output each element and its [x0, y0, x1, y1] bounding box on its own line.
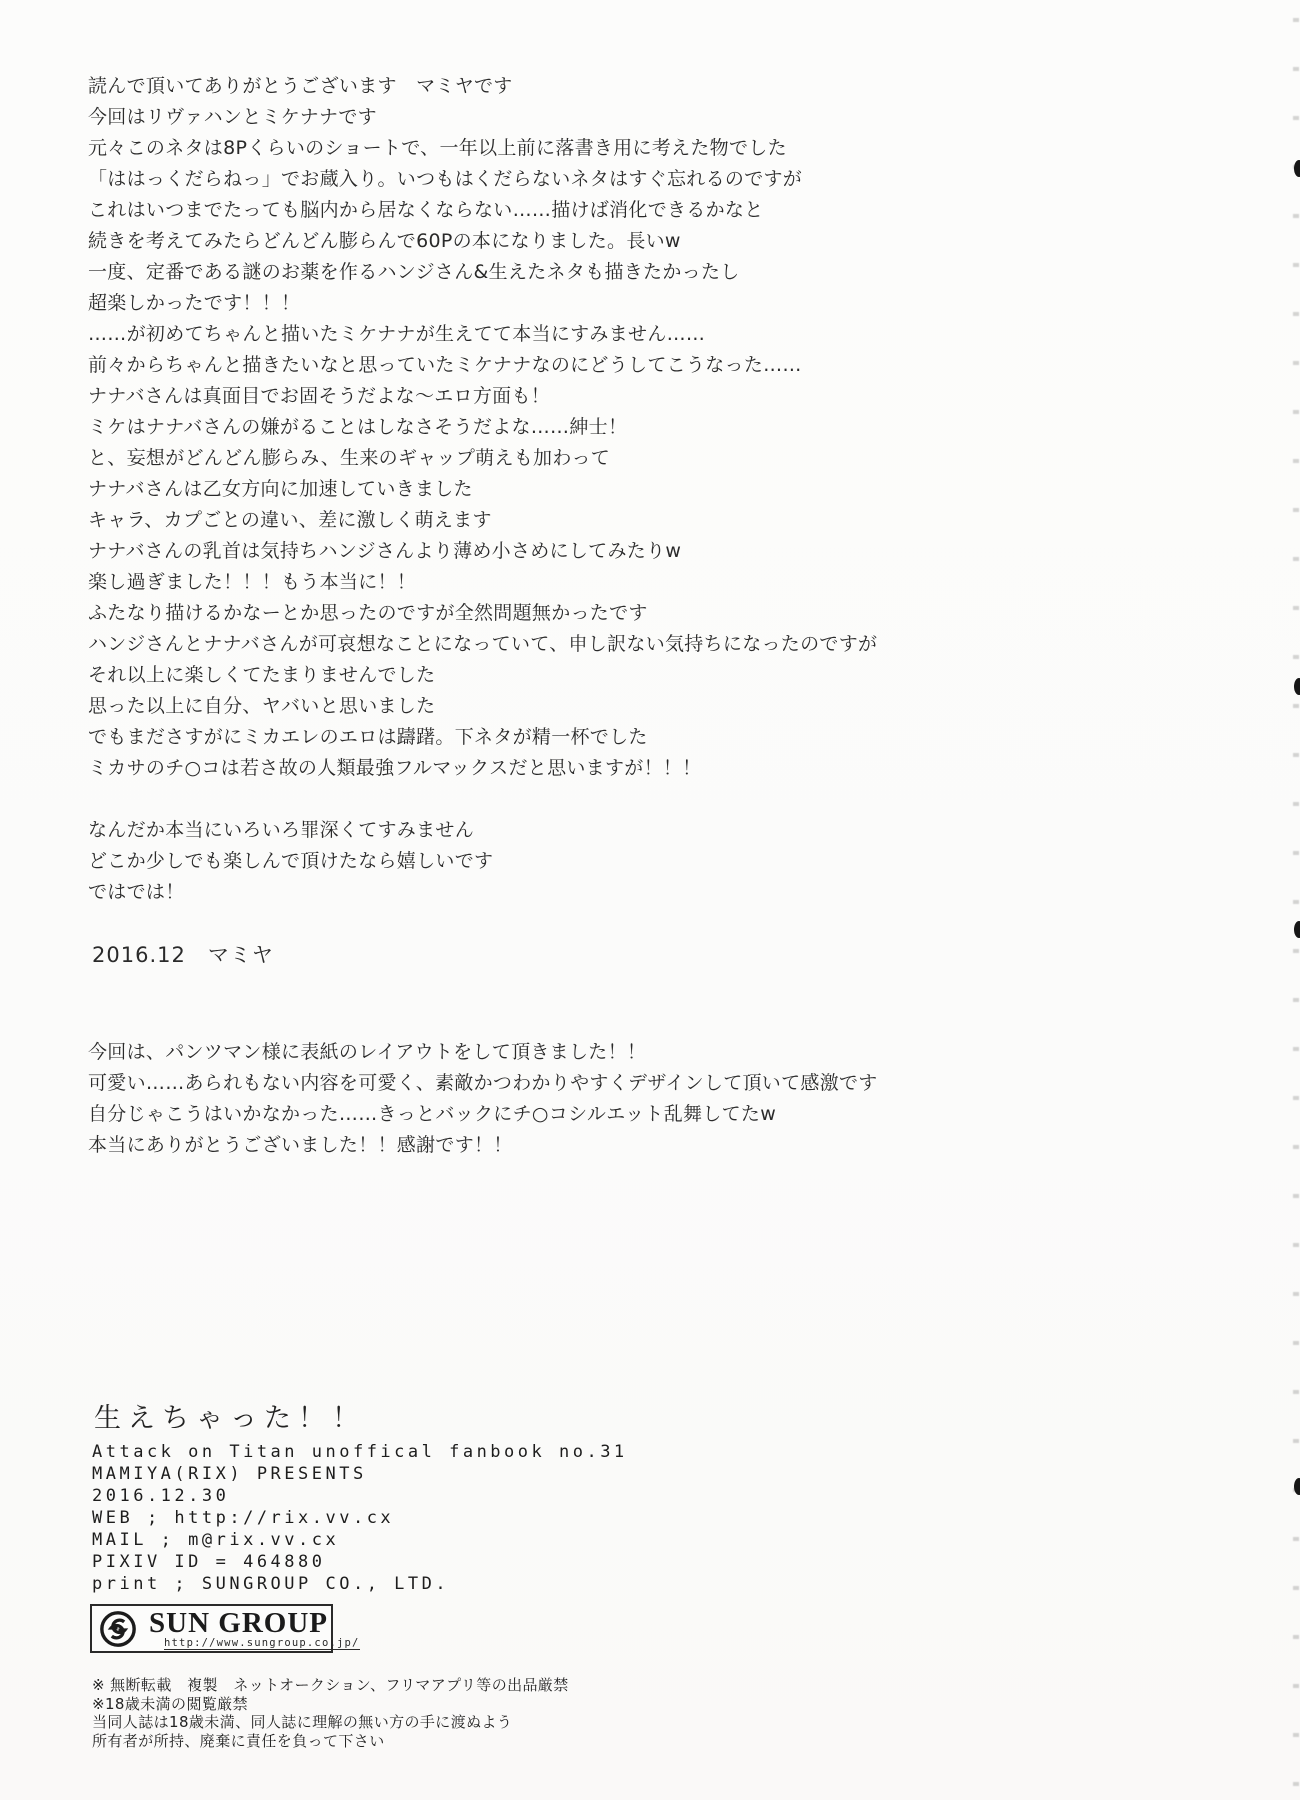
binding-hole-artifact: [1294, 678, 1300, 695]
colophon-line-print: print ; SUNGROUP CO., LTD.: [92, 1573, 628, 1595]
afterword-line: ナナバさんは真面目でお固そうだよな～エロ方面も！: [88, 381, 877, 412]
closing-line: どこか少しでも楽しんで頂けたなら嬉しいです: [88, 846, 493, 877]
afterword-line: 今回はリヴァハンとミケナナです: [88, 102, 877, 133]
printer-name: SUN GROUP: [149, 1607, 328, 1640]
afterword-line: 読んで頂いてありがとうございます マミヤです: [88, 71, 877, 102]
afterword-line: ……が初めてちゃんと描いたミケナナが生えてて本当にすみません……: [88, 319, 877, 350]
afterword-line: ハンジさんとナナバさんが可哀想なことになっていて、申し訳ない気持ちになったのです…: [88, 629, 877, 660]
afterword-line: キャラ、カプごとの違い、差に激しく萌えます: [88, 505, 877, 536]
afterword-line: 超楽しかったです！！！: [88, 288, 877, 319]
thanks-line: 今回は、パンツマン様に表紙のレイアウトをして頂きました！！: [88, 1037, 878, 1068]
afterword-closing: なんだか本当にいろいろ罪深くてすみません どこか少しでも楽しんで頂けたなら嬉しい…: [88, 815, 493, 908]
disclaimer-line: 所有者が所持、廃棄に責任を負って下さい: [92, 1732, 569, 1751]
colophon-block: Attack on Titan unoffical fanbook no.31 …: [92, 1441, 628, 1595]
afterword-line: 一度、定番である謎のお薬を作るハンジさん&生えたネタも描きたかったし: [88, 257, 877, 288]
closing-line: ではでは！: [88, 877, 493, 908]
afterword-line: 思った以上に自分、ヤバいと思いました: [88, 691, 877, 722]
binding-hole-artifact: [1294, 160, 1300, 177]
book-title: 生えちゃった！！: [94, 1396, 366, 1435]
afterword-line: それ以上に楽しくてたまりませんでした: [88, 660, 877, 691]
thanks-line: 可愛い……あられもない内容を可愛く、素敵かつわかりやすくデザインして頂いて感激で…: [88, 1068, 878, 1099]
thanks-line: 自分じゃこうはいかなかった……きっとバックにチ○コシルエット乱舞してたw: [88, 1099, 878, 1130]
afterword-line: これはいつまでたっても脳内から居なくならない……描けば消化できるかなと: [88, 195, 877, 226]
afterword-line: ナナバさんは乙女方向に加速していきました: [88, 474, 877, 505]
afterword-line: ふたなり描けるかなーとか思ったのですが全然問題無かったです: [88, 598, 877, 629]
disclaimer-line: ※ 無断転載 複製 ネットオークション、フリマアプリ等の出品厳禁: [92, 1676, 569, 1695]
colophon-line-series: Attack on Titan unoffical fanbook no.31: [92, 1441, 628, 1463]
sun-group-s-icon: [99, 1610, 137, 1648]
binding-comb-artifact: [1293, 18, 1299, 1788]
colophon-line-presents: MAMIYA(RIX) PRESENTS: [92, 1463, 628, 1485]
afterword-line: 元々このネタは8Pくらいのショートで、一年以上前に落書き用に考えた物でした: [88, 133, 877, 164]
afterword-line: でもまださすがにミカエレのエロは躊躇。下ネタが精一杯でした: [88, 722, 877, 753]
author-signature: 2016.12 マミヤ: [92, 940, 274, 971]
colophon-line-pixiv: PIXIV ID = 464880: [92, 1551, 628, 1573]
colophon-line-mail: MAIL ; m@rix.vv.cx: [92, 1529, 628, 1551]
disclaimer-line: ※18歳未満の閲覧厳禁: [92, 1695, 569, 1714]
afterword-line: と、妄想がどんどん膨らみ、生来のギャップ萌えも加わって: [88, 443, 877, 474]
afterword-line: ナナバさんの乳首は気持ちハンジさんより薄め小さめにしてみたりw: [88, 536, 877, 567]
scanned-afterword-page: 読んで頂いてありがとうございます マミヤです 今回はリヴァハンとミケナナです 元…: [0, 0, 1300, 1800]
colophon-line-date: 2016.12.30: [92, 1485, 628, 1507]
disclaimer-line: 当同人誌は18歳未満、同人誌に理解の無い方の手に渡ぬよう: [92, 1713, 569, 1732]
cover-thanks-paragraph: 今回は、パンツマン様に表紙のレイアウトをして頂きました！！ 可愛い……あられもな…: [88, 1037, 878, 1161]
afterword-line: 続きを考えてみたらどんどん膨らんで60Pの本になりました。長いw: [88, 226, 877, 257]
afterword-line: ミケはナナバさんの嫌がることはしなさそうだよな……紳士！: [88, 412, 877, 443]
disclaimer-block: ※ 無断転載 複製 ネットオークション、フリマアプリ等の出品厳禁 ※18歳未満の…: [92, 1676, 569, 1750]
sun-group-logo-box: SUN GROUP http://www.sungroup.co.jp/: [90, 1604, 333, 1653]
afterword-line: 「ははっくだらねっ」でお蔵入り。いつもはくだらないネタはすぐ忘れるのですが: [88, 164, 877, 195]
afterword-line: 楽し過ぎました！！！もう本当に！！: [88, 567, 877, 598]
binding-hole-artifact: [1294, 1478, 1300, 1495]
thanks-line: 本当にありがとうございました！！感謝です！！: [88, 1130, 878, 1161]
afterword-line: ミカサのチ○コは若さ故の人類最強フルマックスだと思いますが！！！: [88, 753, 877, 784]
afterword-paragraph: 読んで頂いてありがとうございます マミヤです 今回はリヴァハンとミケナナです 元…: [88, 71, 877, 784]
binding-hole-artifact: [1294, 921, 1300, 938]
afterword-line: 前々からちゃんと描きたいなと思っていたミケナナなのにどうしてこうなった……: [88, 350, 877, 381]
closing-line: なんだか本当にいろいろ罪深くてすみません: [88, 815, 493, 846]
colophon-line-web: WEB ; http://rix.vv.cx: [92, 1507, 628, 1529]
printer-url: http://www.sungroup.co.jp/: [164, 1638, 360, 1650]
